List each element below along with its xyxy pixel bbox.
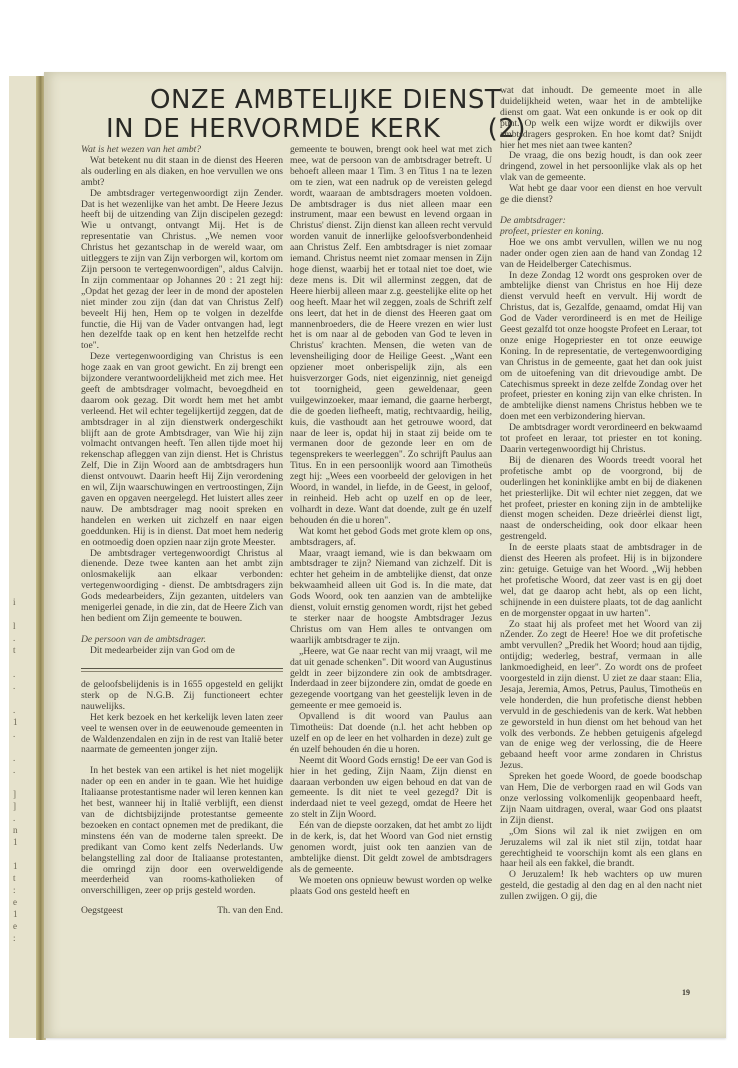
title-line-1: ONZE AMBTELIJKE DIENST (106, 86, 526, 115)
paragraph: Deze vertegenwoordiging van Christus is … (81, 352, 283, 548)
title-line-2: IN DE HERVORMDE KERK (2) (106, 115, 526, 144)
paragraph: De vraag, die ons bezig houdt, is dan oo… (500, 151, 702, 184)
title-line-2-text: IN DE HERVORMDE KERK (106, 114, 440, 144)
paragraph: Wat hebt ge daar voor een dienst en hoe … (500, 184, 702, 206)
previous-page-text-fragments: i l . t . . . 1 . . . ] ] . n 1 1 t : e … (13, 596, 23, 1026)
signature: Oegstgeest Th. van den End. (81, 906, 283, 917)
paragraph: In de eerste plaats staat de ambtsdrager… (500, 543, 702, 619)
paragraph: Wat betekent nu dit staan in de dienst d… (81, 156, 283, 189)
left-column: Wat is het wezen van het ambt? Wat betek… (81, 145, 283, 657)
right-column: wat dat inhoudt. De gemeente moet in all… (500, 86, 702, 903)
paragraph: In deze Zondag 12 wordt ons gesproken ov… (500, 271, 702, 424)
article-title: ONZE AMBTELIJKE DIENST IN DE HERVORMDE K… (106, 86, 526, 144)
paragraph: Dit medearbeider zijn van God om de (81, 646, 283, 657)
paragraph: „Heere, wat Ge naar recht van mij vraagt… (290, 647, 492, 712)
paragraph: wat dat inhoudt. De gemeente moet in all… (500, 86, 702, 151)
paragraph: Wat komt het gebod Gods met grote klem o… (290, 527, 492, 549)
paragraph: Hoe we ons ambt vervullen, willen we nu … (500, 238, 702, 271)
paragraph: Spreken het goede Woord, de goede boodsc… (500, 772, 702, 827)
magazine-page: ONZE AMBTELIJKE DIENST IN DE HERVORMDE K… (44, 72, 726, 1038)
paragraph: De ambtsdrager wordt verordineerd en bek… (500, 423, 702, 456)
page-number: 19 (682, 988, 690, 997)
section-divider (81, 668, 283, 672)
paragraph: Opvallend is dit woord van Paulus aan Ti… (290, 712, 492, 756)
paragraph: Bij de dienaren des Woords treedt vooral… (500, 456, 702, 543)
paragraph: We moeten ons opnieuw bewust worden op w… (290, 876, 492, 898)
paragraph: de geloofsbelijdenis is in 1655 opgestel… (81, 680, 283, 713)
signature-author: Th. van den End. (217, 906, 283, 917)
continued-article-box: de geloofsbelijdenis is in 1655 opgestel… (81, 680, 283, 917)
paragraph: Eén van de diepste oorzaken, dat het amb… (290, 821, 492, 876)
paragraph: Maar, vraagt iemand, wie is dan bekwaam … (290, 549, 492, 647)
paragraph: gemeente te bouwen, brengt ook heel wat … (290, 145, 492, 527)
paragraph: In het bestek van een artikel is het nie… (81, 766, 283, 897)
paragraph: De ambtsdrager vertegenwoordigt zijn Zen… (81, 189, 283, 353)
paragraph: Zo staat hij als profeet met het Woord v… (500, 620, 702, 773)
paragraph: Het kerk bezoek en het kerkelijk leven l… (81, 713, 283, 757)
paragraph: „Om Sions wil zal ik niet zwijgen en om … (500, 827, 702, 871)
paragraph: De ambtsdrager vertegenwoordigt Christus… (81, 549, 283, 625)
paragraph: O Jeruzalem! Ik heb wachters op uw muren… (500, 870, 702, 903)
middle-column: gemeente te bouwen, brengt ook heel wat … (290, 145, 492, 898)
paragraph: Neemt dit Woord Gods ernstig! De eer van… (290, 756, 492, 821)
signature-place: Oegstgeest (81, 906, 123, 917)
